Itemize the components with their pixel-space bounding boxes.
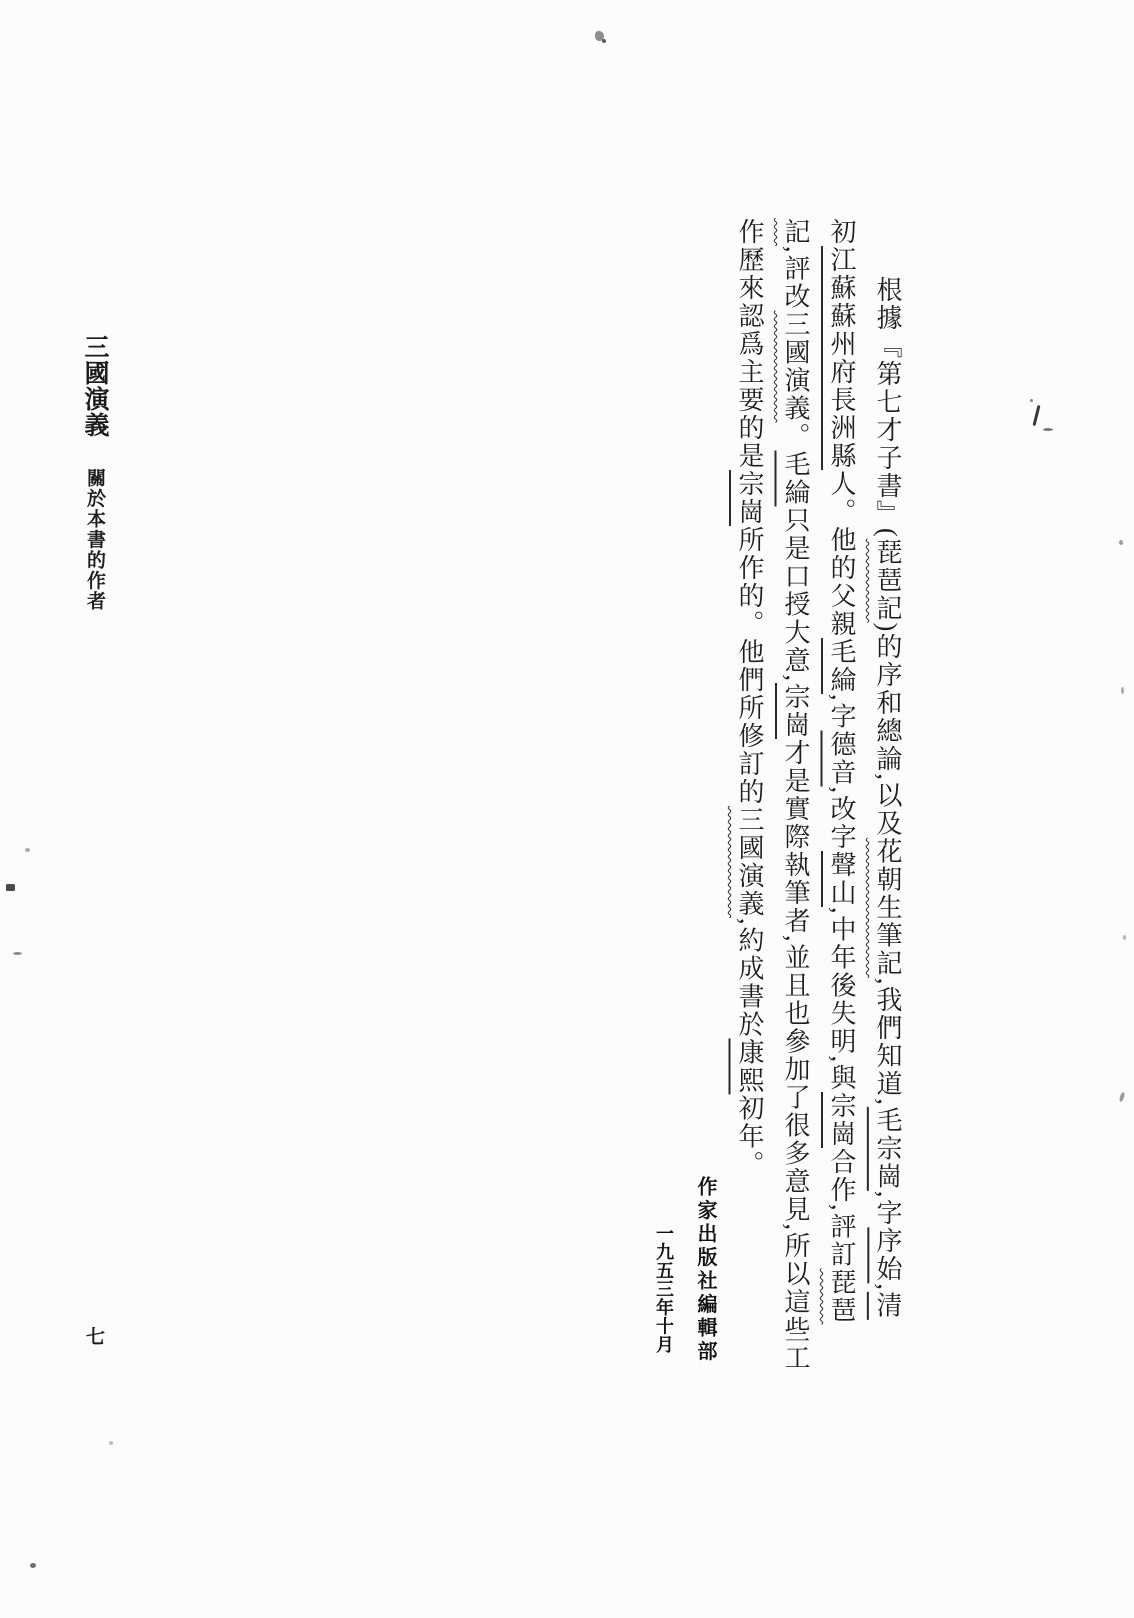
scan-speck	[1119, 540, 1123, 545]
scan-speck	[30, 1563, 36, 1568]
proper-noun-marked-text: 聲山	[827, 851, 856, 907]
main-text-block: 根據『第七才子書』(琵琶記)的序和總論,以及花朝生筆記,我們知道,毛宗崗,字序始…	[644, 218, 910, 1486]
text-run: 作歷來認爲主要的是	[735, 218, 764, 470]
scan-speck	[1119, 1092, 1126, 1103]
book-title-marked-text: 花朝生筆記	[873, 838, 902, 978]
running-header-section-title: 關於本書的作者	[84, 468, 105, 612]
scan-speck	[1123, 935, 1126, 940]
proper-noun-marked-text: 毛宗崗	[873, 1107, 902, 1191]
text-run: 初年。	[735, 1095, 764, 1179]
proper-noun-marked-text: 宗崗	[735, 470, 764, 526]
book-title-marked-text: 記	[781, 218, 810, 246]
scan-speck	[1033, 405, 1041, 426]
scan-speck	[25, 848, 30, 852]
text-run: )的序和總論,以及	[873, 623, 902, 838]
text-run: 。	[781, 423, 810, 451]
paragraph-column-2: 初江蘇蘇州府長洲縣人。他的父親毛綸,字德音,改字聲山,中年後失明,與宗崗合作,評…	[818, 218, 864, 1486]
scan-speck	[1030, 399, 1033, 402]
text-run: ,中年後失明,與	[827, 907, 856, 1092]
text-run: ,評改	[781, 246, 810, 311]
scan-speck	[602, 39, 606, 43]
proper-noun-marked-text: 清	[873, 1292, 902, 1320]
page-number: 七	[86, 1322, 105, 1349]
running-header: 三國演義關於本書的作者	[78, 334, 110, 612]
book-title-marked-text: 琵琶記	[873, 539, 902, 623]
scan-speck	[13, 952, 22, 955]
proper-noun-marked-text: 毛綸	[781, 451, 810, 507]
text-run: 初	[827, 218, 856, 246]
proper-noun-marked-text: 毛綸	[827, 638, 856, 694]
publisher-signature: 作家出版社編輯部	[684, 218, 726, 1486]
paragraph-column-4: 作歷來認爲主要的是宗崗所作的。他們所修訂的三國演義,約成書於康熙初年。	[726, 218, 772, 1486]
text-run: ,改字	[827, 787, 856, 852]
proper-noun-marked-text: 序始	[873, 1227, 902, 1283]
text-run: ,	[873, 1283, 902, 1292]
proper-noun-marked-text: 江蘇蘇州府長洲縣	[827, 246, 856, 470]
text-run: 才是實際執筆者,並且也參加了很多意見,所以這些工	[781, 739, 810, 1372]
book-title-marked-text: 三國演義	[735, 806, 764, 918]
proper-noun-marked-text: 宗崗	[781, 683, 810, 739]
text-run: 所作的。他們所修訂的	[735, 526, 764, 806]
book-page-scan: 三國演義關於本書的作者 根據『第七才子書』(琵琶記)的序和總論,以及花朝生筆記,…	[0, 0, 1134, 1618]
book-title-marked-text: 琵琶	[827, 1269, 856, 1325]
publication-date: 一九五三年十月	[644, 218, 684, 1486]
text-run: ,我們知道,	[873, 978, 902, 1107]
text-run: ,字	[827, 694, 856, 731]
scan-speck	[6, 884, 15, 891]
paragraph-column-3: 記,評改三國演義。毛綸只是口授大意,宗崗才是實際執筆者,並且也參加了很多意見,所…	[772, 218, 818, 1486]
text-run: 合作,評訂	[827, 1148, 856, 1269]
proper-noun-marked-text: 康熙	[735, 1039, 764, 1095]
proper-noun-marked-text: 宗崗	[827, 1092, 856, 1148]
text-run: 人。他的父親	[827, 470, 856, 638]
scan-speck	[1121, 687, 1124, 694]
text-run: 只是口授大意,	[781, 507, 810, 684]
text-run: ,約成書於	[735, 918, 764, 1039]
scan-speck	[1043, 428, 1053, 431]
running-header-book-title: 三國演義	[81, 334, 108, 438]
proper-noun-marked-text: 德音	[827, 731, 856, 787]
text-run: 根據『第七才子書』(	[873, 276, 902, 539]
book-title-marked-text: 三國演義	[781, 311, 810, 423]
text-run: ,字	[873, 1191, 902, 1228]
paragraph-column-1: 根據『第七才子書』(琵琶記)的序和總論,以及花朝生筆記,我們知道,毛宗崗,字序始…	[864, 218, 910, 1486]
scan-speck	[109, 1441, 113, 1445]
